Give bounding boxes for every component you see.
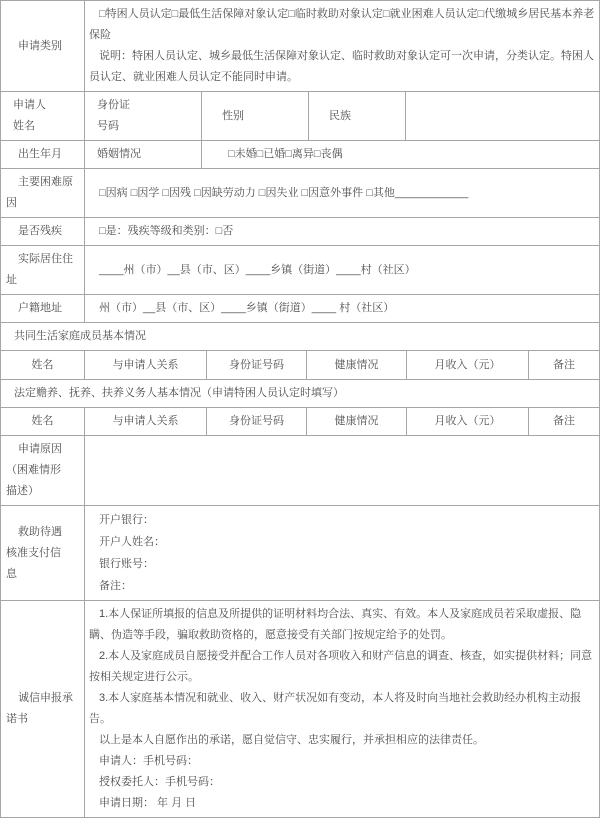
family-header-id: 身份证号码 xyxy=(207,351,307,379)
applicant-ethnicity-label-cell: 民族 xyxy=(309,92,406,140)
payment-content-cell: 开户银行： 开户人姓名： 银行账号： 备注： xyxy=(85,506,599,600)
birth-label: 出生年月 xyxy=(6,144,79,165)
reason-label-cell: 申请原因 （困难情形 描述） xyxy=(1,436,85,505)
disability-label: 是否残疾 xyxy=(6,221,79,242)
payment-account-line: 银行账号： xyxy=(89,553,595,575)
promise-paragraph-4: 以上是本人自愿作出的承诺，愿自觉信守、忠实履行，并承担相应的法律责任。 xyxy=(89,730,595,751)
row-residence-address: 实际居住住 址 ____州（市）__县（市、区）____乡镇（街道）____村（… xyxy=(1,246,599,295)
obligor-header-income: 月收入（元） xyxy=(407,408,529,435)
payment-remark-line: 备注： xyxy=(89,575,595,597)
promise-applicant-line: 申请人：手机号码： xyxy=(89,751,595,772)
marital-options-cell: □未婚□已婚□离异□丧偶 xyxy=(202,141,599,168)
promise-paragraph-2: 2.本人及家庭成员自愿接受并配合工作人员对各项收入和财产信息的调查、核查，如实提… xyxy=(89,646,595,688)
family-header-remark: 备注 xyxy=(529,351,599,379)
obligor-header-id: 身份证号码 xyxy=(207,408,307,435)
marital-label-cell: 婚姻情况 xyxy=(85,141,202,168)
family-header-health: 健康情况 xyxy=(307,351,407,379)
residence-blank-line: ____州（市）__县（市、区）____乡镇（街道）____村（社区） xyxy=(89,260,595,281)
disability-options-cell: □是：残疾等级和类别：□否 xyxy=(85,218,599,245)
household-value-cell: 州（市）__县（市、区）____乡镇（街道）____ 村（社区） xyxy=(85,295,599,322)
difficulty-label-cell: 主要困难原 因 xyxy=(1,169,85,217)
payment-label: 救助待遇 核准支付信 息 xyxy=(6,522,79,585)
birth-label-cell: 出生年月 xyxy=(1,141,85,168)
family-section-title: 共同生活家庭成员基本情况 xyxy=(1,323,599,350)
marital-label: 婚姻情况 xyxy=(89,144,197,165)
applicant-id-label-cell: 身份证 号码 xyxy=(85,92,202,140)
row-obligor-section-title: 法定赡养、抚养、扶养义务人基本情况（申请特困人员认定时填写） xyxy=(1,380,599,408)
promise-paragraph-3: 3.本人家庭基本情况和就业、收入、财产状况如有变动，本人将及时向当地社会救助经办… xyxy=(89,688,595,730)
reason-label: 申请原因 （困难情形 描述） xyxy=(6,439,79,502)
family-header-relation: 与申请人关系 xyxy=(85,351,207,379)
application-category-label-cell: 申请类别 xyxy=(1,1,85,91)
applicant-gender-label: 性别 xyxy=(206,106,304,127)
promise-label-cell: 诚信申报承 诺书 xyxy=(1,601,85,817)
obligor-header-relation: 与申请人关系 xyxy=(85,408,207,435)
residence-value-cell: ____州（市）__县（市、区）____乡镇（街道）____村（社区） xyxy=(85,246,599,294)
applicant-ethnicity-value-cell xyxy=(406,92,599,140)
obligor-header-health: 健康情况 xyxy=(307,408,407,435)
difficulty-checkbox-options[interactable]: □因病 □因学 □因残 □因缺劳动力 □因失业 □因意外事件 □其他______… xyxy=(89,183,595,204)
row-disability: 是否残疾 □是：残疾等级和类别：□否 xyxy=(1,218,599,246)
difficulty-label: 主要困难原 因 xyxy=(6,172,79,214)
promise-label: 诚信申报承 诺书 xyxy=(6,688,79,730)
application-category-label: 申请类别 xyxy=(6,36,79,57)
promise-content-cell: 1.本人保证所填报的信息及所提供的证明材料均合法、真实、有效。本人及家庭成员若采… xyxy=(85,601,599,817)
row-family-members-header: 姓名 与申请人关系 身份证号码 健康情况 月收入（元） 备注 xyxy=(1,351,599,380)
promise-agent-line: 授权委托人：手机号码： xyxy=(89,772,595,793)
marital-checkbox-options[interactable]: □未婚□已婚□离异□丧偶 xyxy=(228,144,595,165)
row-integrity-promise: 诚信申报承 诺书 1.本人保证所填报的信息及所提供的证明材料均合法、真实、有效。… xyxy=(1,601,599,817)
row-application-category: 申请类别 □特困人员认定□最低生活保障对象认定□临时救助对象认定□就业困难人员认… xyxy=(1,1,599,92)
payment-bank-line: 开户银行： xyxy=(89,509,595,531)
applicant-ethnicity-label: 民族 xyxy=(313,106,401,127)
obligor-header-remark: 备注 xyxy=(529,408,599,435)
row-obligors-header: 姓名 与申请人关系 身份证号码 健康情况 月收入（元） 备注 xyxy=(1,408,599,436)
obligor-header-name: 姓名 xyxy=(1,408,85,435)
application-category-note: 说明：特困人员认定、城乡最低生活保障对象认定、临时救助对象认定可一次申请，分类认… xyxy=(89,46,595,88)
family-header-name: 姓名 xyxy=(1,351,85,379)
row-applicant-identity: 申请人 姓名 身份证 号码 性别 民族 xyxy=(1,92,599,141)
row-payment-info: 救助待遇 核准支付信 息 开户银行： 开户人姓名： 银行账号： 备注： xyxy=(1,506,599,601)
difficulty-options-cell: □因病 □因学 □因残 □因缺劳动力 □因失业 □因意外事件 □其他______… xyxy=(85,169,599,217)
applicant-id-label: 身份证 号码 xyxy=(89,95,197,137)
row-application-reason: 申请原因 （困难情形 描述） xyxy=(1,436,599,506)
household-blank-line: 州（市）__县（市、区）____乡镇（街道）____ 村（社区） xyxy=(89,298,595,319)
household-label-cell: 户籍地址 xyxy=(1,295,85,322)
family-header-income: 月收入（元） xyxy=(407,351,529,379)
household-label: 户籍地址 xyxy=(6,298,79,319)
disability-checkbox-options[interactable]: □是：残疾等级和类别：□否 xyxy=(89,221,595,242)
applicant-name-label-cell: 申请人 姓名 xyxy=(1,92,85,140)
row-difficulty-reason: 主要困难原 因 □因病 □因学 □因残 □因缺劳动力 □因失业 □因意外事件 □… xyxy=(1,169,599,218)
reason-value-cell xyxy=(85,436,599,505)
applicant-name-label: 申请人 姓名 xyxy=(6,95,79,137)
social-assistance-application-form: 申请类别 □特困人员认定□最低生活保障对象认定□临时救助对象认定□就业困难人员认… xyxy=(0,0,600,818)
residence-label-cell: 实际居住住 址 xyxy=(1,246,85,294)
disability-label-cell: 是否残疾 xyxy=(1,218,85,245)
obligor-section-title: 法定赡养、抚养、扶养义务人基本情况（申请特困人员认定时填写） xyxy=(1,380,599,407)
row-family-section-title: 共同生活家庭成员基本情况 xyxy=(1,323,599,351)
payment-label-cell: 救助待遇 核准支付信 息 xyxy=(1,506,85,600)
promise-paragraph-1: 1.本人保证所填报的信息及所提供的证明材料均合法、真实、有效。本人及家庭成员若采… xyxy=(89,604,595,646)
applicant-gender-label-cell: 性别 xyxy=(202,92,309,140)
promise-date-line: 申请日期： 年 月 日 xyxy=(89,793,595,814)
row-household-address: 户籍地址 州（市）__县（市、区）____乡镇（街道）____ 村（社区） xyxy=(1,295,599,323)
residence-label: 实际居住住 址 xyxy=(6,249,79,291)
row-birth-marital: 出生年月 婚姻情况 □未婚□已婚□离异□丧偶 xyxy=(1,141,599,169)
payment-holder-line: 开户人姓名： xyxy=(89,531,595,553)
application-category-checkbox-options[interactable]: □特困人员认定□最低生活保障对象认定□临时救助对象认定□就业困难人员认定□代缴城… xyxy=(89,4,595,46)
application-category-content: □特困人员认定□最低生活保障对象认定□临时救助对象认定□就业困难人员认定□代缴城… xyxy=(85,1,599,91)
